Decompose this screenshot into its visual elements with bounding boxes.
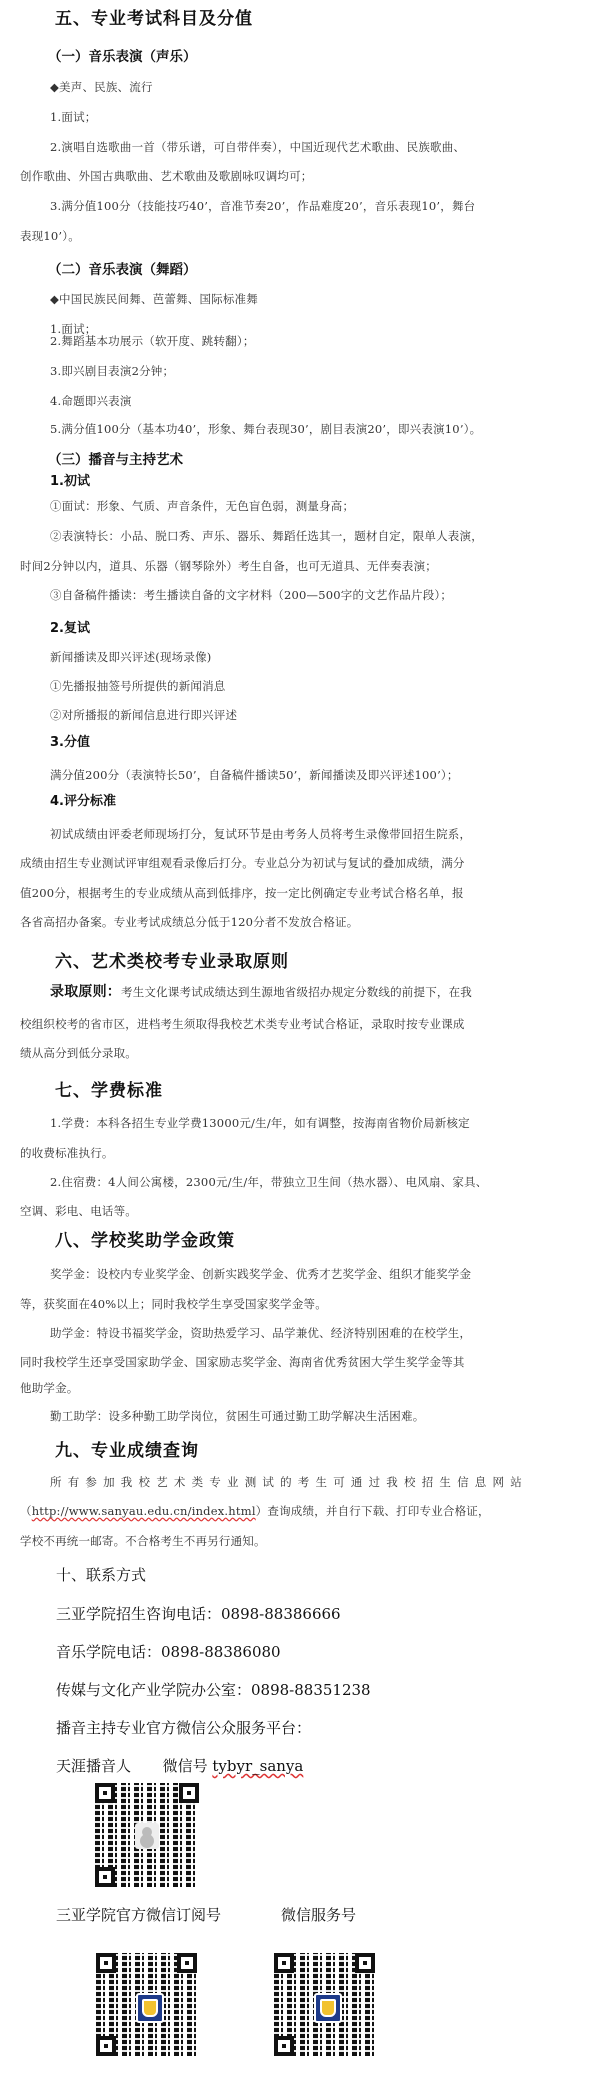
qr-finder: [179, 1783, 199, 1803]
vocal-item-1: 1.面试；: [50, 110, 582, 124]
service-qr-code: [274, 1953, 375, 2056]
section-6-title: 六、艺术类校考专业录取原则: [55, 947, 289, 972]
vocal-item-2-text: 2.演唱自选歌曲一首（带乐谱，可自带伴奏），中国近现代艺术歌曲、民族歌曲、: [50, 140, 465, 154]
vocal-item-3: 3.满分值100分（技能技巧40’，音准节奏20’，作品难度20’，音乐表现10…: [50, 199, 582, 213]
criteria-line-1: 初试成绩由评委老师现场打分，复试环节是由考务人员将考生录像带回招生院系，: [50, 827, 582, 841]
score-query-line-3: 学校不再统一邮寄。不合格考生不再另行通知。: [20, 1534, 582, 1548]
contact-music-school-phone: 音乐学院电话：0898-88386080: [56, 1641, 281, 1662]
score-query-line-2-text: ）查询成绩，并自行下载、打印专业合格证，: [256, 1504, 490, 1518]
admission-website-link[interactable]: http://www.sanyau.edu.cn/index.html: [32, 1504, 256, 1518]
service-qr-label: 微信服务号: [281, 1904, 356, 1925]
score-text: 满分值200分（表演特长50’，自备稿件播读50’，新闻播读及即兴评述100’）…: [50, 768, 582, 782]
grant-line-1: 助学金：特设书福奖学金，资助热爱学习、品学兼优、经济特别困难的在校学生，: [50, 1326, 582, 1340]
wechat-account-name: 天涯播音人: [56, 1757, 131, 1775]
dance-genres: ◆中国民族民间舞、芭蕾舞、国际标准舞: [50, 292, 582, 306]
prelim-item-3: ③自备稿件播读：考生播读自备的文字材料（200—500字的文艺作品片段）；: [50, 588, 582, 602]
qr-finder: [274, 2036, 294, 2056]
subsection-dance-title: （二）音乐表演（舞蹈）: [48, 258, 197, 278]
wechat-id-label: 微信号: [163, 1757, 208, 1775]
prelim-item-2-cont: 时间2分钟以内，道具、乐器（钢琴除外）考生自备，也可无道具、无伴奏表演；: [20, 559, 582, 573]
prelim-heading: 1.初试: [50, 470, 90, 489]
vocal-item-3-cont: 表现10’）。: [20, 229, 582, 243]
contact-media-school-phone: 传媒与文化产业学院办公室：0898-88351238: [56, 1679, 371, 1700]
section-9-title: 九、专业成绩查询: [55, 1436, 199, 1461]
criteria-line-3: 值200分，根据考生的专业成绩从高到低排序，按一定比例确定专业考试合格名单，报: [20, 886, 582, 900]
retest-heading: 2.复试: [50, 617, 90, 636]
grant-line-2: 同时我校学生还享受国家助学金、国家励志奖学金、海南省优秀贫困大学生奖学金等其: [20, 1355, 582, 1369]
dance-item-3: 3.即兴剧目表演2分钟；: [50, 364, 582, 378]
score-heading: 3.分值: [50, 731, 90, 750]
admission-principle-text: 考生文化课考试成绩达到生源地省级招办规定分数线的前提下，在我: [121, 985, 472, 999]
work-study-line: 勤工助学：设多种勤工助学岗位，贫困生可通过勤工助学解决生活困难。: [50, 1409, 582, 1423]
retest-item-1: 新闻播读及即兴评述(现场录像): [50, 650, 582, 664]
url-open-paren: （: [20, 1504, 32, 1518]
contact-wechat-platform: 播音主持专业官方微信公众服务平台：: [56, 1717, 311, 1738]
subsection-broadcast-title: （三）播音与主持艺术: [48, 448, 183, 468]
retest-item-3: ②对所播报的新闻信息进行即兴评述: [50, 708, 582, 722]
admission-principle-line-1: 录取原则：考生文化课考试成绩达到生源地省级招办规定分数线的前提下，在我: [50, 985, 582, 999]
scholarship-line-1: 奖学金：设校内专业奖学金、创新实践奖学金、优秀才艺奖学金、组织才能奖学金: [50, 1267, 582, 1281]
qr-finder: [96, 1953, 116, 1973]
qr-finder: [177, 1953, 197, 1973]
university-crest-icon: [136, 1993, 164, 2023]
qr-finder: [96, 2036, 116, 2056]
tuition-line-2: 的收费标准执行。: [20, 1146, 582, 1160]
grant-line-3: 他助学金。: [20, 1381, 582, 1395]
admission-principle-line-2: 校组织校考的省市区，进档考生须取得我校艺术类专业考试合格证，录取时按专业课成: [20, 1017, 582, 1031]
university-crest-icon: [314, 1993, 342, 2023]
score-query-line-2: （http://www.sanyau.edu.cn/index.html）查询成…: [20, 1504, 582, 1518]
score-query-line-1: 所有参加我校艺术类专业测试的考生可通过我校招生信息网站: [50, 1475, 582, 1489]
dance-item-5: 5.满分值100分（基本功40’，形象、舞台表现30’，剧目表演20’，即兴表演…: [50, 422, 582, 436]
vocal-item-2-cont: 创作歌曲、外国古典歌曲、艺术歌曲及歌剧咏叹调均可；: [20, 169, 582, 183]
subsection-vocal-title: （一）音乐表演（声乐）: [48, 45, 197, 65]
tuition-line-1: 1.学费：本科各招生专业学费13000元/生/年，如有调整，按海南省物价局新核定: [50, 1116, 582, 1130]
qr-finder: [355, 1953, 375, 1973]
section-10-title: 十、联系方式: [56, 1564, 146, 1585]
subscription-qr-code: [96, 1953, 197, 2056]
section-8-title: 八、学校奖助学金政策: [55, 1226, 235, 1251]
section-5-title: 五、专业考试科目及分值: [55, 4, 253, 29]
criteria-line-2: 成绩由招生专业测试评审组观看录像后打分。专业总分为初试与复试的叠加成绩，满分: [20, 856, 582, 870]
prelim-item-1: ①面试：形象、气质、声音条件，无色盲色弱，测量身高；: [50, 499, 582, 513]
dance-item-4: 4.命题即兴表演: [50, 394, 582, 408]
contact-admission-phone: 三亚学院招生咨询电话：0898-88386666: [56, 1603, 341, 1624]
broadcast-wechat-qr-code: [95, 1783, 199, 1887]
section-7-title: 七、学费标准: [55, 1076, 163, 1101]
admission-principle-label: 录取原则：: [50, 984, 121, 1000]
avatar-icon: [135, 1823, 159, 1849]
subscription-qr-label: 三亚学院官方微信订阅号: [56, 1904, 221, 1925]
vocal-genres: ◆美声、民族、流行: [50, 80, 582, 94]
prelim-item-2: ②表演特长：小品、脱口秀、声乐、器乐、舞蹈任选其一，题材自定，限单人表演，: [50, 529, 582, 543]
criteria-heading: 4.评分标准: [50, 790, 116, 809]
wechat-account-line: 天涯播音人 微信号 tybyr_sanya: [56, 1755, 303, 1776]
qr-finder: [274, 1953, 294, 1973]
vocal-item-2: 2.演唱自选歌曲一首（带乐谱，可自带伴奏），中国近现代艺术歌曲、民族歌曲、: [50, 140, 582, 154]
admission-principle-line-3: 绩从高分到低分录取。: [20, 1046, 582, 1060]
dorm-line-2: 空调、彩电、电话等。: [20, 1204, 582, 1218]
wechat-id: tybyr_sanya: [212, 1757, 303, 1775]
qr-finder: [95, 1783, 115, 1803]
retest-item-2: ①先播报抽签号所提供的新闻消息: [50, 679, 582, 693]
dorm-line-1: 2.住宿费：4人间公寓楼，2300元/生/年，带独立卫生间（热水器）、电风扇、家…: [50, 1175, 582, 1189]
qr-finder: [95, 1867, 115, 1887]
criteria-line-4: 各省高招办备案。专业考试成绩总分低于120分者不发放合格证。: [20, 915, 582, 929]
dance-item-2: 2.舞蹈基本功展示（软开度、跳转翻）；: [50, 334, 582, 348]
scholarship-line-2: 等，获奖面在40%以上；同时我校学生享受国家奖学金等。: [20, 1297, 582, 1311]
